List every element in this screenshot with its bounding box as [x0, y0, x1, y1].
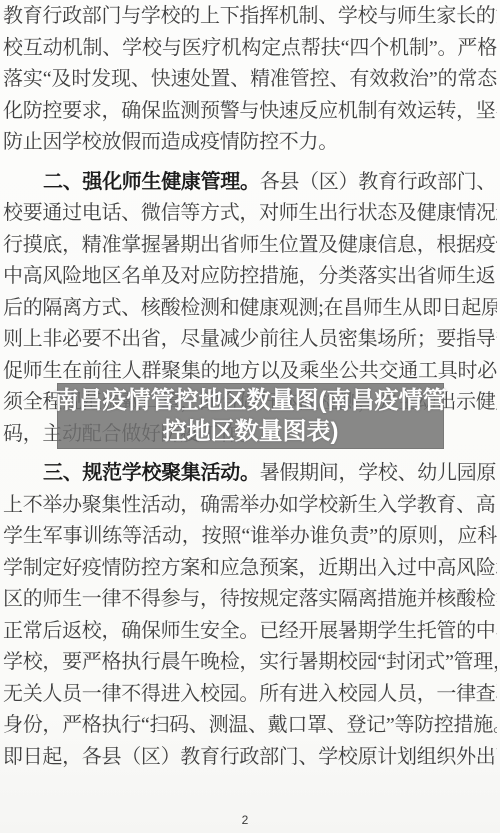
section3-heading-line: 三、规范学校聚集活动。暑假期间，学校、幼儿园原则 — [3, 458, 497, 490]
paragraph-line: 正常后返校，确保师生安全。已经开展暑期学生托管的中小 — [3, 616, 497, 648]
section2-heading: 二、强化师生健康管理。 — [43, 171, 260, 193]
paragraph-line: 区的师生一律不得参与，待按规定落实隔离措施并核酸检测 — [3, 584, 497, 616]
paragraph-line: 校要通过电话、微信等方式，对师生出行状态及健康情况进 — [3, 198, 497, 230]
paragraph-line: 落实“及时发现、快速处置、精准管控、有效救治”的常态 — [3, 64, 497, 96]
watermark-title-banner: 南昌疫情管控地区数量图(南昌疫情管 控地区数量图表) — [57, 383, 444, 449]
paragraph-line: 化防控要求，确保监测预警与快速反应机制有效运转，坚决 — [3, 96, 497, 128]
paragraph-line: 后的隔离方式、核酸检测和健康观测;在昌师生从即日起原 — [3, 293, 497, 325]
page-number: 2 — [0, 813, 490, 827]
paragraph-line: 学校，要严格执行晨午晚检，实行暑期校园“封闭式”管理， — [3, 647, 497, 679]
document-page: 教育行政部门与学校的上下指挥机制、学校与师生家长的家 校互动机制、学校与医疗机构… — [0, 0, 500, 833]
paragraph-line: 即日起，各县（区）教育行政部门、学校原计划组织外出离 — [3, 742, 497, 774]
section2-heading-rest: 各县（区）教育行政部门、学 — [260, 171, 497, 193]
paragraph-line: 上不举办聚集性活动，确需举办如学校新生入学教育、高中 — [3, 490, 497, 522]
paragraph-line: 行摸底，精准掌握暑期出省师生位置及健康信息，根据疫情 — [3, 230, 497, 262]
paragraph-line: 防止因学校放假而造成疫情防控不力。 — [3, 127, 497, 159]
paragraph-line: 则上非必要不出省，尽量减少前往人员密集场所；要指导督 — [3, 324, 497, 356]
paragraph-line: 中高风险地区名单及对应防控措施，分类落实出省师生返昌 — [3, 261, 497, 293]
watermark-title-line1: 南昌疫情管控地区数量图(南昌疫情管 — [55, 385, 447, 416]
paragraph-line: 校互动机制、学校与医疗机构定点帮扶“四个机制”。严格 — [3, 33, 497, 65]
section3-heading-rest: 暑假期间，学校、幼儿园原则 — [260, 462, 497, 484]
paragraph-line: 学制定好疫情防控方案和应急预案，近期出入过中高风险地 — [3, 553, 497, 585]
paragraph-line: 身份，严格执行“扫码、测温、戴口罩、登记”等防控措施。 — [3, 710, 497, 742]
paragraph-line: 无关人员一律不得进入校园。所有进入校园人员，一律查验 — [3, 679, 497, 711]
section3-heading: 三、规范学校聚集活动。 — [43, 462, 260, 484]
paragraph-line: 学生军事训练等活动，按照“谁举办谁负责”的原则，应科 — [3, 521, 497, 553]
paragraph-line: 教育行政部门与学校的上下指挥机制、学校与师生家长的家 — [3, 1, 497, 33]
section2-heading-line: 二、强化师生健康管理。各县（区）教育行政部门、学 — [3, 167, 497, 199]
watermark-title-line2: 控地区数量图表) — [163, 416, 339, 447]
